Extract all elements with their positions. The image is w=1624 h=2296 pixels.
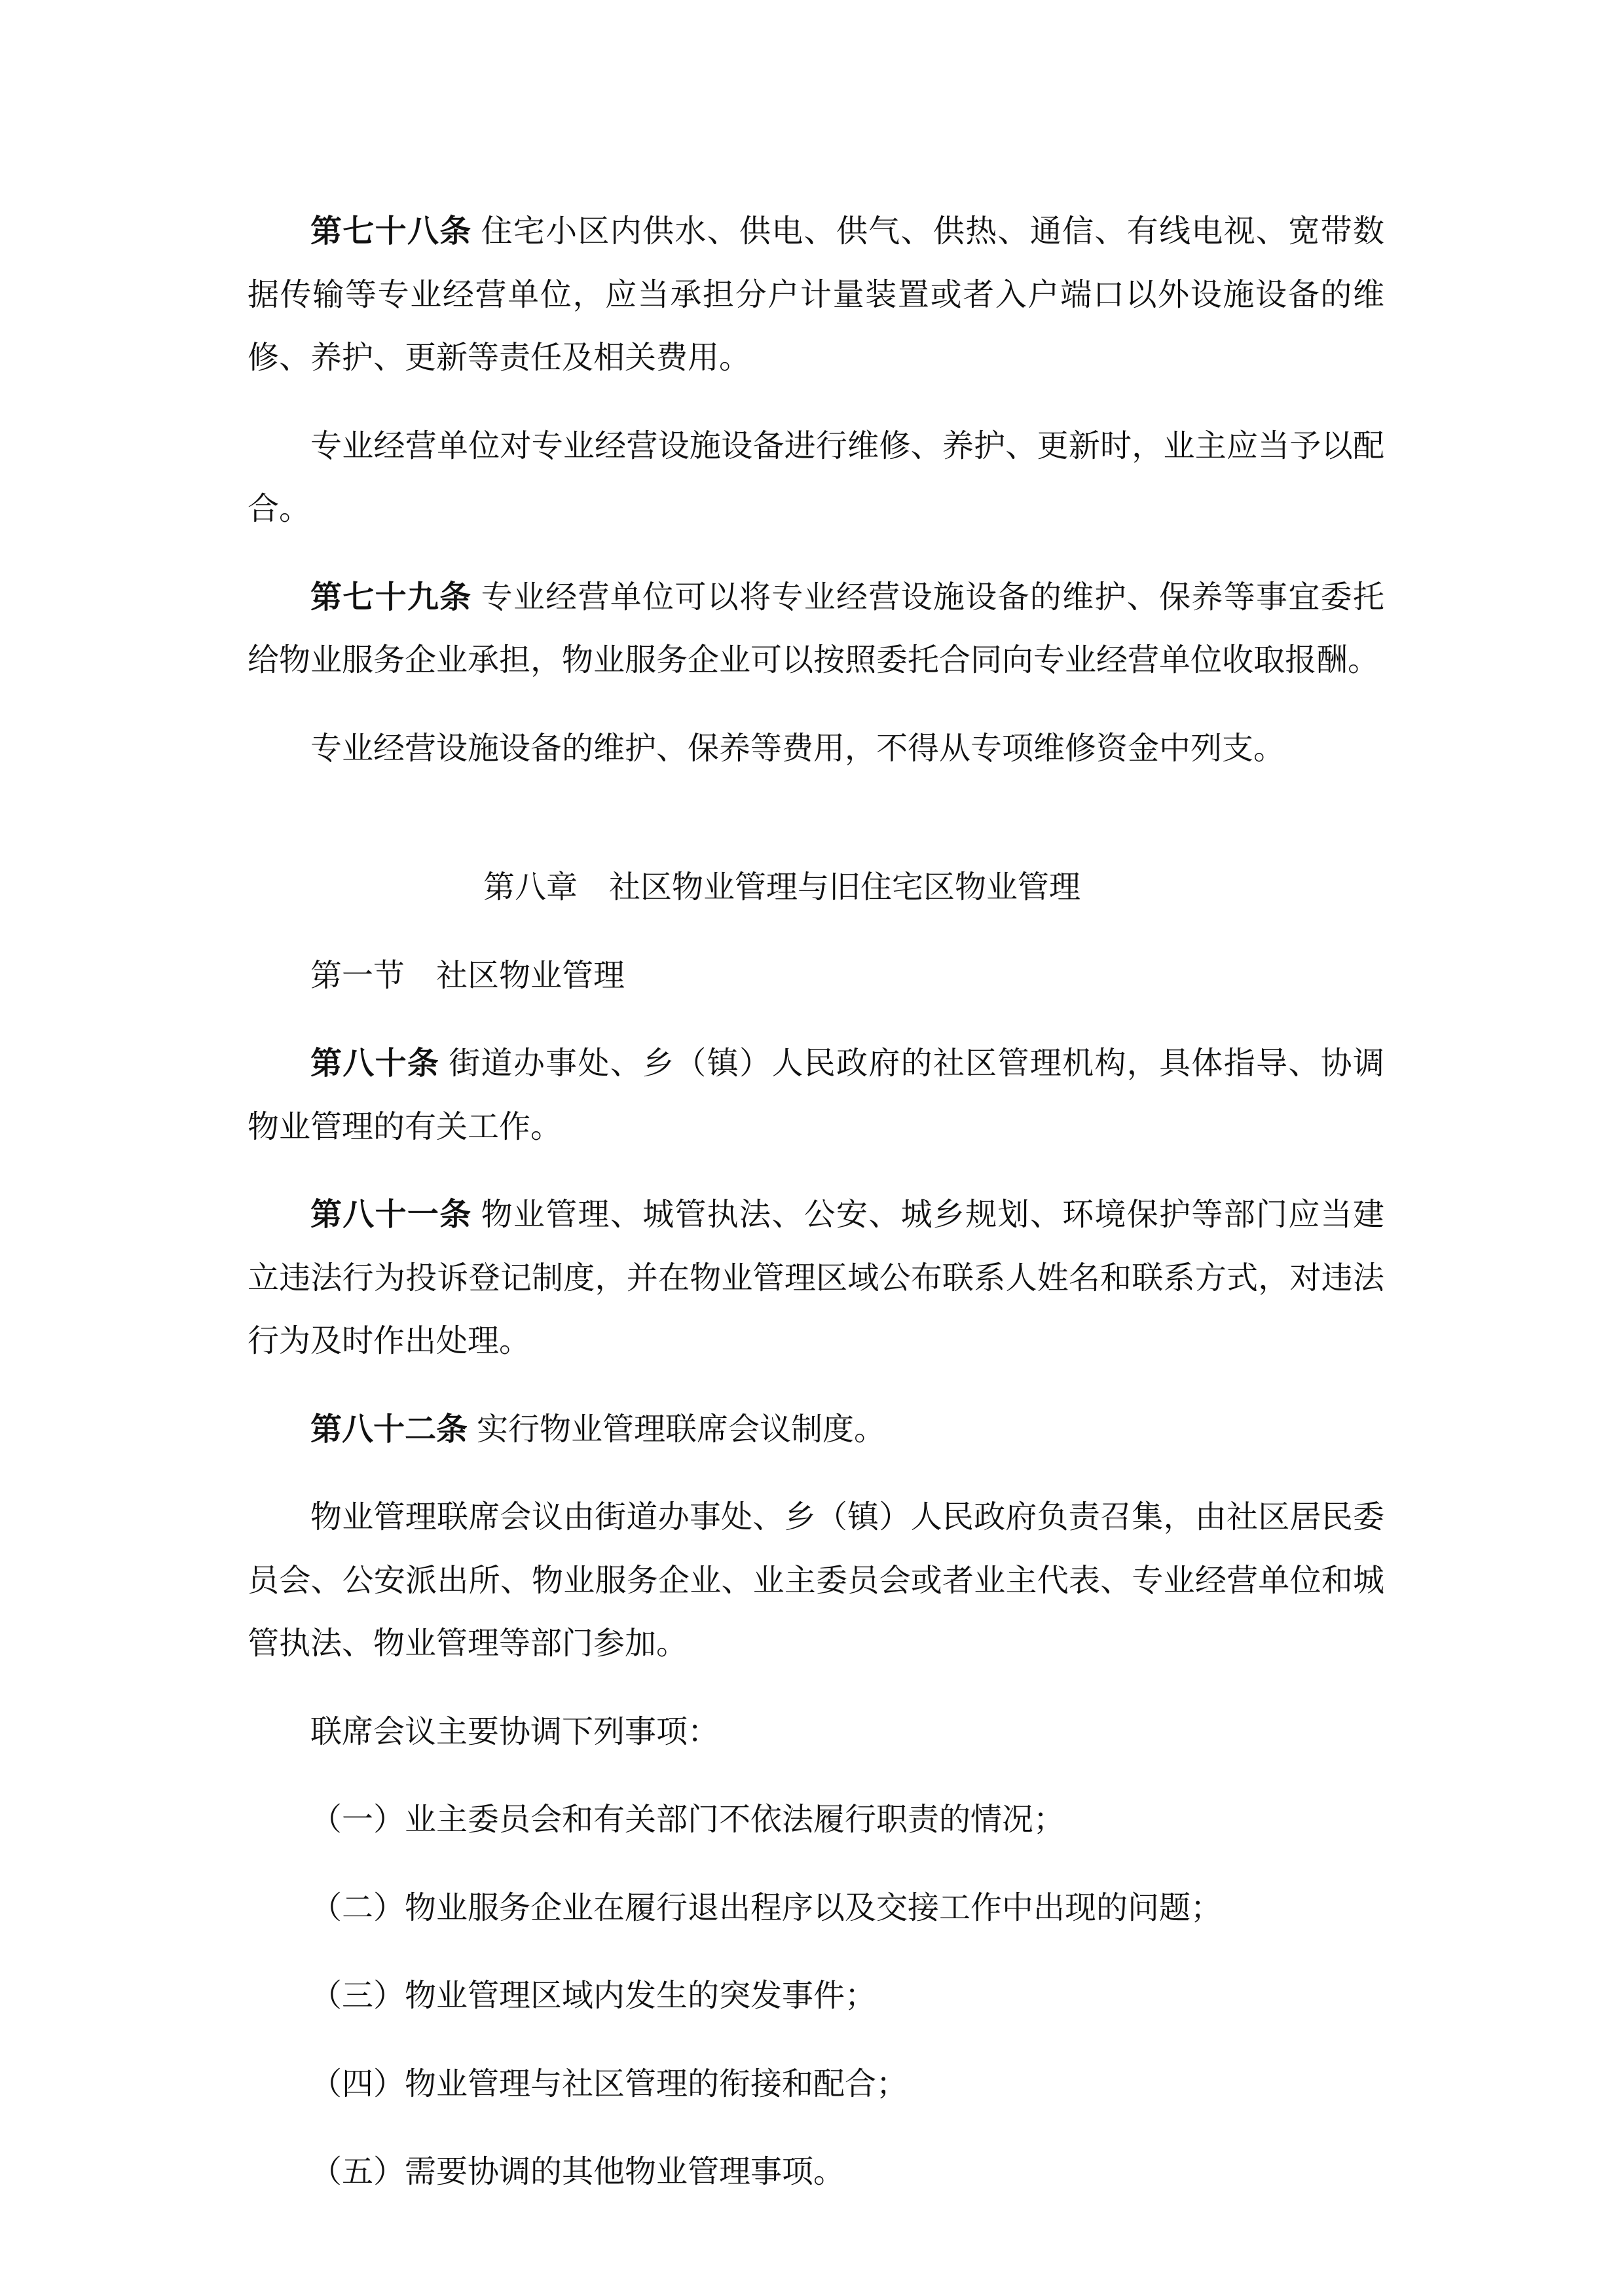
chapter-heading: 第八章社区物业管理与旧住宅区物业管理 (248, 856, 1384, 919)
list-item: （二）物业服务企业在履行退出程序以及交接工作中出现的问题； (248, 1876, 1384, 1940)
document-body: 第七十八条住宅小区内供水、供电、供气、供热、通信、有线电视、宽带数据传输等专业经… (248, 200, 1384, 2229)
paragraph-text: 联席会议主要协调下列事项： (310, 1713, 719, 1750)
paragraph-78-2: 专业经营单位对专业经营设施设备进行维修、养护、更新时，业主应当予以配合。 (248, 414, 1384, 541)
article-number: 第七十九条 (310, 579, 472, 615)
article-81: 第八十一条物业管理、城管执法、公安、城乡规划、环境保护等部门应当建立违法行为投诉… (248, 1183, 1384, 1373)
document-page: 第七十八条住宅小区内供水、供电、供气、供热、通信、有线电视、宽带数据传输等专业经… (0, 0, 1624, 2296)
article-79: 第七十九条专业经营单位可以将专业经营设施设备的维护、保养等事宜委托给物业服务企业… (248, 566, 1384, 692)
article-80: 第八十条街道办事处、乡（镇）人民政府的社区管理机构，具体指导、协调物业管理的有关… (248, 1032, 1384, 1158)
article-number: 第八十一条 (310, 1196, 472, 1233)
article-number: 第八十二条 (310, 1411, 468, 1448)
paragraph-text: 专业经营设施设备的维护、保养等费用，不得从专项维修资金中列支。 (310, 730, 1285, 767)
list-item: （四）物业管理与社区管理的衔接和配合； (248, 2052, 1384, 2116)
article-text: 实行物业管理联席会议制度。 (477, 1411, 885, 1448)
chapter-number: 第八章 (483, 869, 578, 905)
article-78: 第七十八条住宅小区内供水、供电、供气、供热、通信、有线电视、宽带数据传输等专业经… (248, 200, 1384, 390)
paragraph-82-2: 物业管理联席会议由街道办事处、乡（镇）人民政府负责召集，由社区居民委员会、公安派… (248, 1485, 1384, 1675)
list-item: （五）需要协调的其他物业管理事项。 (248, 2140, 1384, 2204)
article-82: 第八十二条实行物业管理联席会议制度。 (248, 1398, 1384, 1461)
section-title: 社区物业管理 (436, 957, 625, 994)
section-number: 第一节 (310, 957, 405, 994)
article-number: 第八十条 (310, 1045, 439, 1082)
paragraph-text: 物业管理联席会议由街道办事处、乡（镇）人民政府负责召集，由社区居民委员会、公安派… (248, 1499, 1384, 1662)
paragraph-text: 专业经营单位对专业经营设施设备进行维修、养护、更新时，业主应当予以配合。 (248, 428, 1384, 528)
paragraph-82-3: 联席会议主要协调下列事项： (248, 1700, 1384, 1764)
article-number: 第七十八条 (310, 213, 472, 249)
list-item: （一）业主委员会和有关部门不依法履行职责的情况； (248, 1788, 1384, 1851)
chapter-title: 社区物业管理与旧住宅区物业管理 (609, 869, 1080, 905)
list-item: （三）物业管理区域内发生的突发事件； (248, 1964, 1384, 2028)
paragraph-79-2: 专业经营设施设备的维护、保养等费用，不得从专项维修资金中列支。 (248, 717, 1384, 780)
section-heading: 第一节社区物业管理 (248, 944, 1384, 1008)
